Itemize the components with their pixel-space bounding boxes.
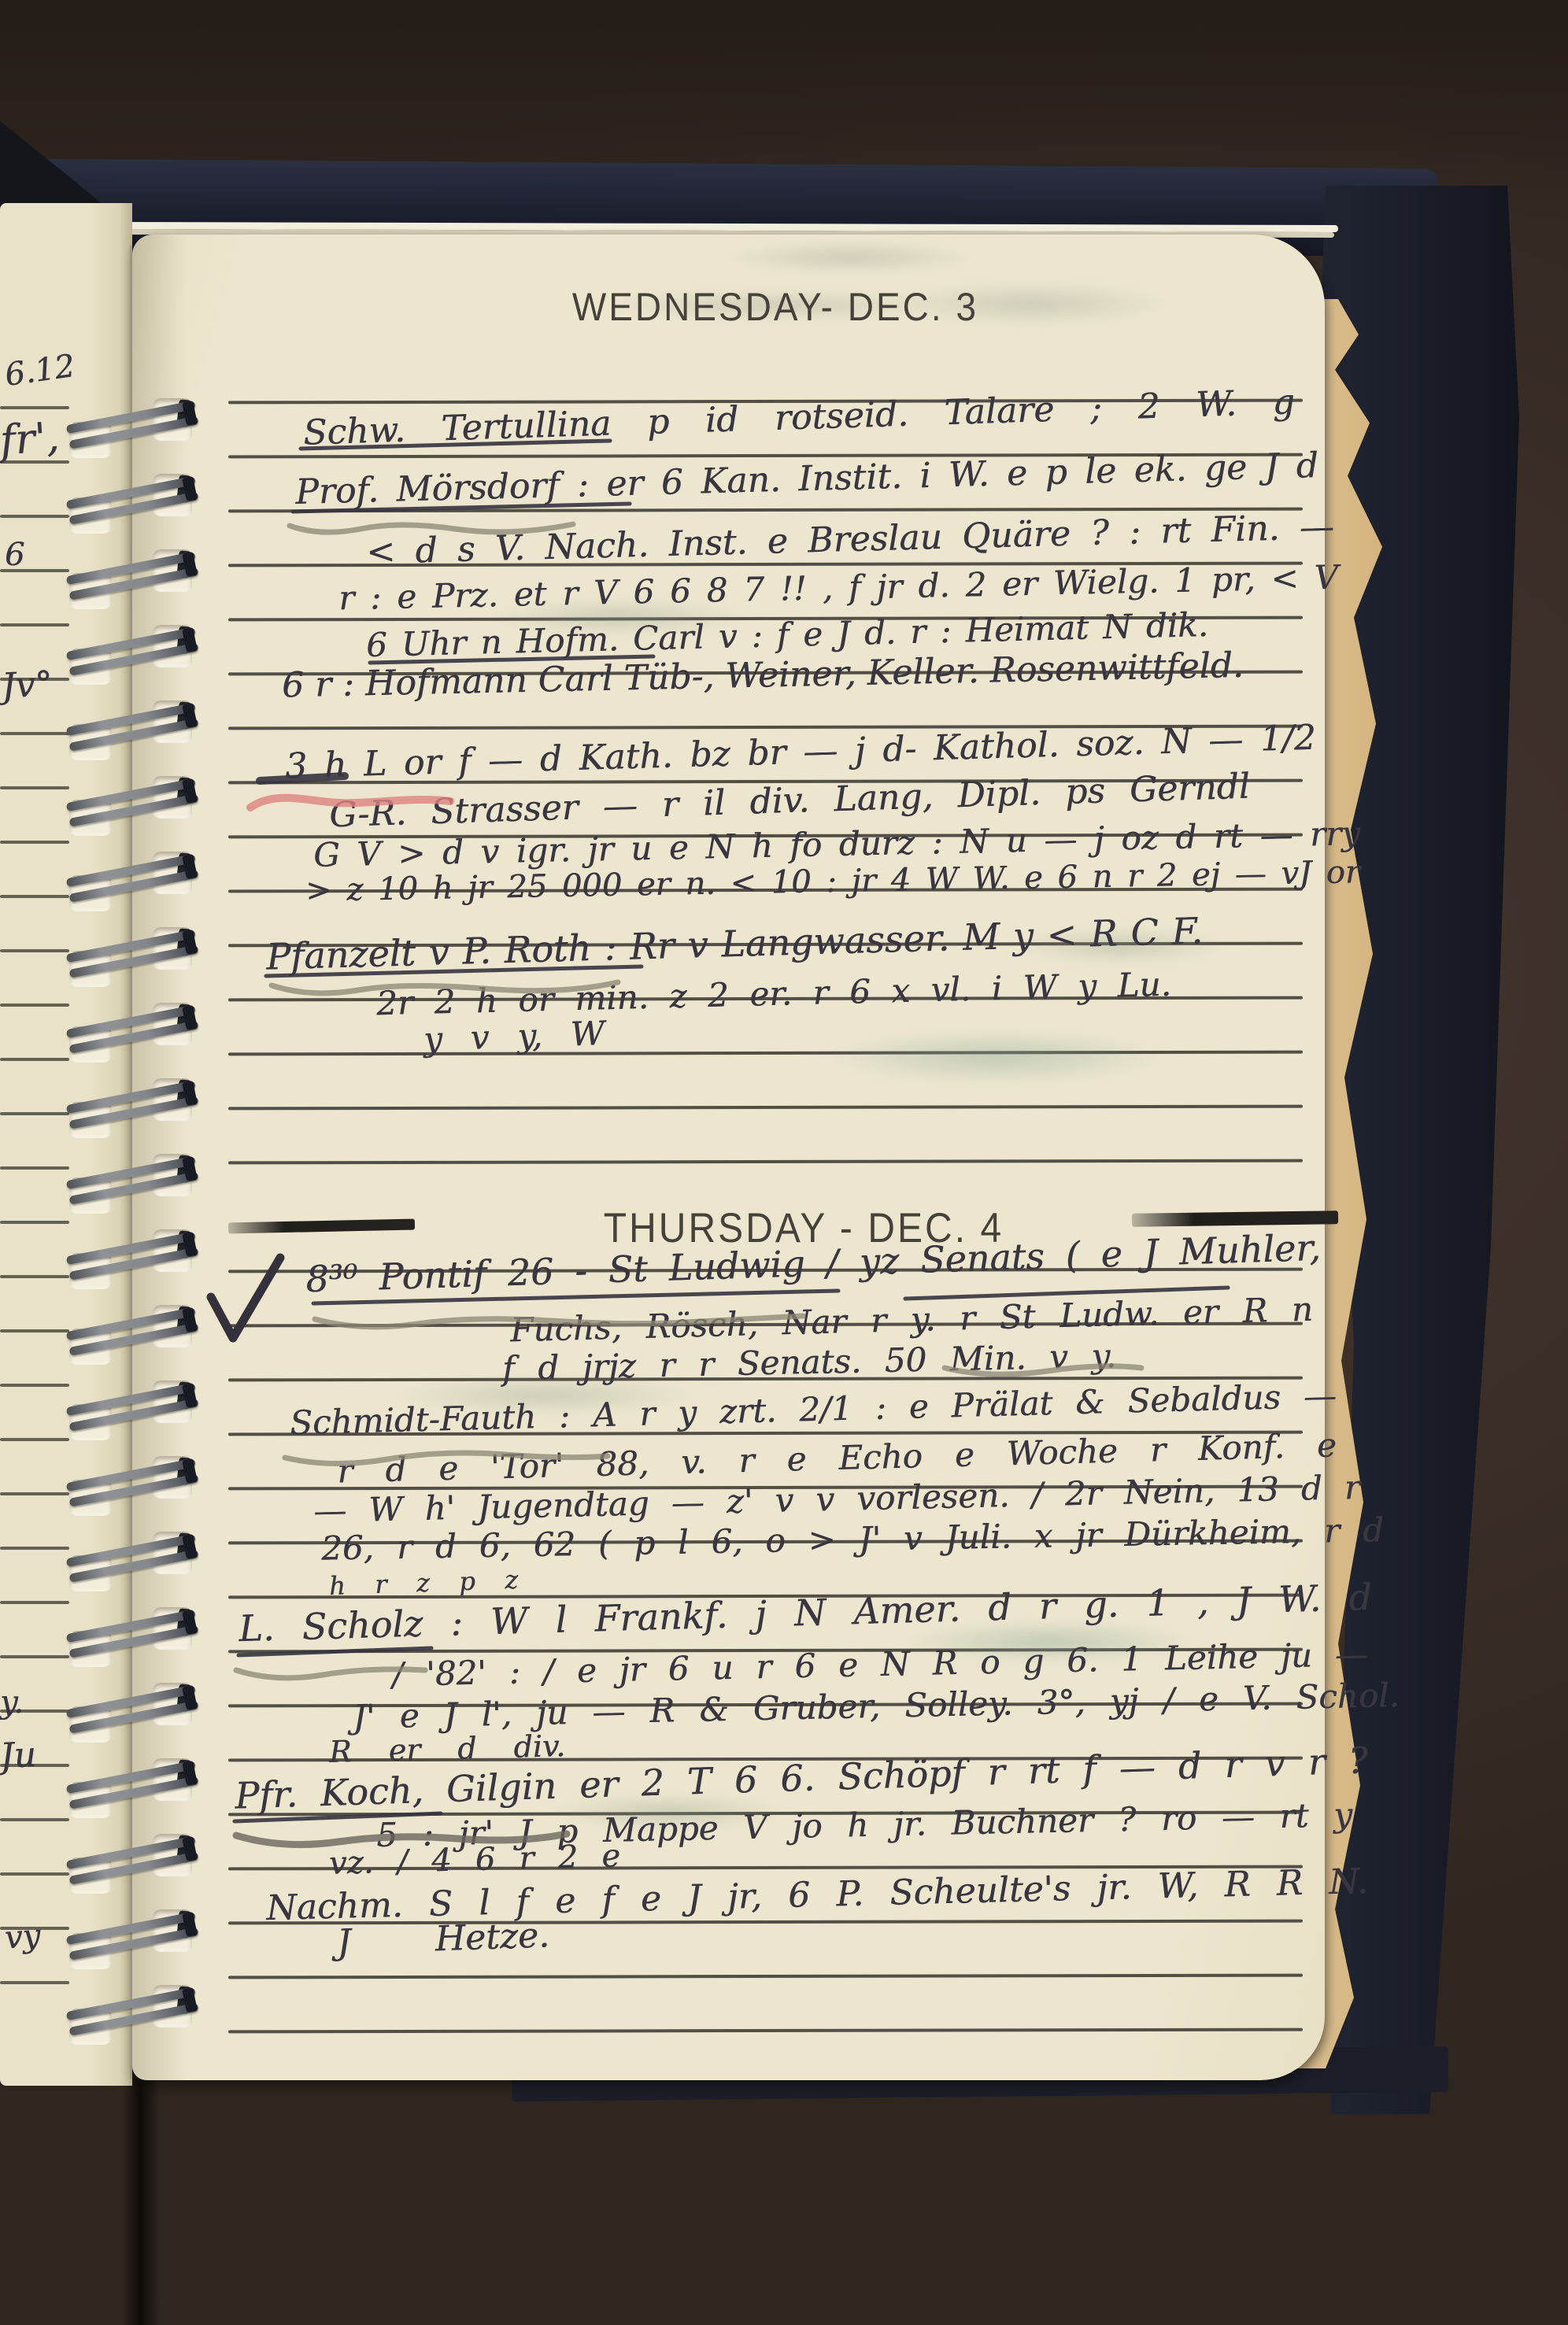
left-page-ruled-dash xyxy=(0,1492,69,1495)
left-page-ruled-dash xyxy=(0,1166,69,1170)
left-page-fragment: Ju xyxy=(0,1735,37,1776)
left-page-ruled-dash xyxy=(0,1058,69,1061)
binding-coil xyxy=(68,696,202,768)
binding-coil xyxy=(68,469,202,542)
left-page-ruled-dash xyxy=(0,841,69,844)
ruled-line xyxy=(228,1974,1303,1979)
left-page-fragment: vy xyxy=(3,1917,41,1956)
bleedthrough-smudge xyxy=(827,1029,1165,1085)
binding-coil xyxy=(68,847,202,919)
ruled-line xyxy=(228,2028,1303,2034)
left-page-ruled-dash xyxy=(0,623,69,627)
left-page-ruled-dash xyxy=(0,1384,69,1387)
binding-coil xyxy=(68,620,202,693)
binding-coil xyxy=(68,1829,202,1902)
left-page-ruled-dash xyxy=(0,895,69,898)
binding-coil xyxy=(68,1149,202,1222)
left-page-ruled-dash xyxy=(0,1981,69,1984)
handwritten-line: J Hetze. xyxy=(336,1915,550,1962)
binding-coil xyxy=(68,394,202,466)
left-page-ruled-dash xyxy=(0,515,69,518)
left-page-ruled-dash xyxy=(0,949,69,952)
left-page-fragment: y. xyxy=(0,1684,24,1721)
left-page-ruled-dash xyxy=(0,1655,69,1658)
left-page-ruled-dash xyxy=(0,1004,69,1007)
handwritten-line: R er d div. xyxy=(328,1728,565,1769)
left-page-ruled-dash xyxy=(0,1438,69,1441)
binding-coil xyxy=(68,771,202,844)
binding-coil xyxy=(68,1376,202,1448)
left-page-ruled-dash xyxy=(0,1872,69,1876)
left-page-fragment: fr', xyxy=(0,413,61,464)
handwritten-line: vz. / 4 6 r 2 e xyxy=(328,1838,620,1882)
binding-coil xyxy=(68,1074,202,1146)
wednesday-header: WEDNESDAY- DEC. 3 xyxy=(546,284,1004,330)
binding-coil xyxy=(68,1602,202,1675)
left-page-ruled-dash xyxy=(0,1329,69,1333)
left-page-ruled-dash xyxy=(0,1112,69,1115)
binding-coil xyxy=(68,545,202,617)
binding-coil xyxy=(68,1300,202,1373)
binding-coil xyxy=(68,1225,202,1297)
left-page-fragment: Jv° xyxy=(1,663,54,706)
binding-coil xyxy=(68,1527,202,1599)
ruled-line xyxy=(228,1105,1303,1111)
binding-coil xyxy=(68,1754,202,1826)
left-page-ruled-dash xyxy=(0,786,69,789)
binding-coil xyxy=(68,1451,202,1524)
binding-coil xyxy=(68,1905,202,1977)
bleedthrough-smudge xyxy=(724,241,976,274)
handwritten-line: y v y, W xyxy=(423,1014,605,1059)
left-page-ruled-dash xyxy=(0,1547,69,1550)
left-page-ruled-dash xyxy=(0,1275,69,1278)
left-page-ruled-dash xyxy=(0,1818,69,1821)
left-page-ruled-dash xyxy=(0,406,69,409)
left-page-ruled-dash xyxy=(0,732,69,735)
binding-coil xyxy=(68,1678,202,1750)
thursday-header-bar-right xyxy=(1132,1211,1338,1227)
binding-coil xyxy=(68,922,202,995)
binding-coil xyxy=(68,1980,202,2053)
left-page-ruled-dash xyxy=(0,1601,69,1604)
left-page-ruled-dash xyxy=(0,1221,69,1224)
binding-coil xyxy=(68,998,202,1070)
ruled-line xyxy=(228,1159,1303,1165)
left-page-fragment: 6 xyxy=(5,537,24,573)
